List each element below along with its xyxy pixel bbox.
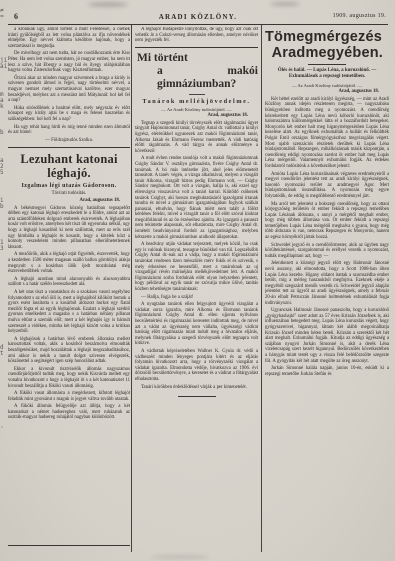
body-paragraph: A békésmegyei Gádoros község határában t… [8, 206, 130, 251]
column-rule-1 [131, 25, 132, 552]
body-paragraph: a krónikák ugy, amint történt a mult Fel… [8, 27, 130, 49]
scan-edge-mark: b [0, 130, 6, 136]
wire-note: Távirati tudósítás. [8, 191, 130, 196]
issue-date: 1909. augusztus 19. [333, 13, 386, 19]
body-paragraph: A mult évben rendes tanulója volt a makó… [135, 156, 258, 240]
body-paragraph: Ekkor a kivonult tisztviselők állomás na… [8, 367, 130, 389]
column-right: Tömegmérgezés Aradmegyében. Ölés és halá… [265, 27, 389, 552]
body-paragraph: Őrizni akar az minden magyar szivemnek a… [8, 76, 130, 104]
body-paragraph: Két héttel ezelőtt az aradi királyi ügyé… [265, 97, 389, 170]
headline-gimnazium-line2: a makói gimnáziumban? [157, 65, 258, 91]
body-paragraph: De mivelhogy azt nem tudta, hát ne csodá… [8, 51, 130, 73]
headline-dash-rule [189, 94, 205, 95]
article-divider-rule [8, 147, 130, 148]
body-paragraph: Jelentkezett a községi jegyző előtt egy … [265, 261, 389, 306]
column-left: a krónikák ugy, amint történt a mult Fel… [8, 27, 130, 552]
column-middle: A léghajót Budapestre irányították, de u… [135, 27, 258, 552]
column-rule-2 [261, 25, 262, 552]
newspaper-page: ≠≈ jiai mak b a25 ib 13 dt ◦ 6 ARADI KÖZ… [0, 0, 395, 561]
scan-edge-mark: jiai [0, 58, 6, 70]
body-paragraph: A két utas tiszt a vasutakhoz és a szoká… [8, 290, 130, 335]
body-paragraph: A beadvány utján vádakat terjesztett, me… [135, 242, 258, 292]
body-paragraph: Amióta Lupás Léna kuruzslásainak végzete… [265, 172, 389, 200]
body-paragraph: Tanári körökben érdeklődéssel várják a p… [135, 385, 258, 391]
body-paragraph: Húka sírósdőlések a barátné előtt, mely … [8, 106, 130, 123]
body-paragraph: Ha ugy tehát hang hirdi és míg tenné min… [8, 125, 130, 136]
body-paragraph: A mezőőrök, akik a léghajó utját figyelt… [8, 252, 130, 274]
headline-airship: Lezuhant katonai léghajó. [8, 152, 130, 180]
body-paragraph: A füköki állomás felügyelője azt állítja… [8, 404, 130, 421]
correspondent-line: — Az Aradi Közlöny tudósítójától. — [135, 107, 258, 112]
body-paragraph: A léghajót Budapestre irányították, de u… [135, 27, 258, 44]
correspondent-line: — Az Aradi Közlöny tudósítójától. — [265, 83, 389, 88]
body-paragraph: A füköki vasut állomásra a megérkezett, … [8, 391, 130, 402]
body-paragraph: Tegnap a szegedi királyi törvényszék elő… [135, 121, 258, 155]
scan-edge-mark: ≠≈ [0, 8, 6, 20]
headline-poisoning-line2: Aradmegyében. [265, 45, 383, 61]
headline-gimnazium-line1: Mi történt [137, 52, 258, 65]
headline-dash-rule [308, 64, 346, 65]
body-paragraph: A léghajósok a határban lévő emberek áll… [8, 337, 130, 365]
scan-edge-mark: dt [0, 345, 6, 357]
scan-smudge [270, 2, 300, 6]
dateline: Arad, augusztus 18. [135, 113, 258, 118]
body-paragraph: Jurkán Simonné halála napján, junius 10-… [265, 366, 389, 377]
subheadline-gimnazium: Tanárok mellékjövedelme. [135, 98, 258, 105]
body-paragraph: A vádlottak képviseletében Wallner K. Gy… [135, 349, 258, 383]
scan-smudge [88, 2, 128, 7]
article-signature: — Földrajztudós Szolka. [8, 138, 130, 144]
scan-edge-mark: ◦ [0, 425, 6, 431]
body-paragraph: A léghajó azonban mind alacsonyabb és al… [8, 277, 130, 288]
body-paragraph: Ugyancsak Halmosár Jánosné panaszolta, h… [265, 308, 389, 364]
dateline: Arad, augusztus 18. [265, 89, 389, 94]
header-rule [8, 24, 388, 25]
headline-poisoning-line1: Tömegmérgezés [265, 29, 389, 45]
article-end-rule [178, 396, 216, 397]
body-paragraph: A nyugtalan tanárok ellen felgyujtott üg… [135, 302, 258, 347]
quote-line: — Hallja, fogja be a száját! [135, 295, 258, 301]
dateline: Arad, augusztus 18. [8, 198, 130, 203]
article-divider-rule [135, 47, 258, 48]
masthead-title: ARADI KÖZLÖNY. [8, 13, 388, 21]
body-paragraph: Schweidel jegyző és a csendőrőrmester, a… [265, 243, 389, 260]
scan-edge-mark: 13 [0, 240, 6, 252]
scan-smudge [150, 555, 210, 559]
page-header: 6 ARADI KÖZLÖNY. 1909. augusztus 19. [8, 12, 388, 24]
subheadline-poisoning: Ölés és halál. — Lupás Léna, a kuruzslón… [271, 68, 383, 81]
scan-edge-mark: a25 [0, 158, 6, 176]
subheadline-airship: Izgalmas légi utazás Gádoroson. [8, 183, 130, 189]
scan-edge-mark: mak [0, 92, 6, 110]
body-paragraph: Ma arról tett jelentést a bokszegi csend… [265, 202, 389, 241]
scan-edge-mark: ib [0, 198, 6, 210]
